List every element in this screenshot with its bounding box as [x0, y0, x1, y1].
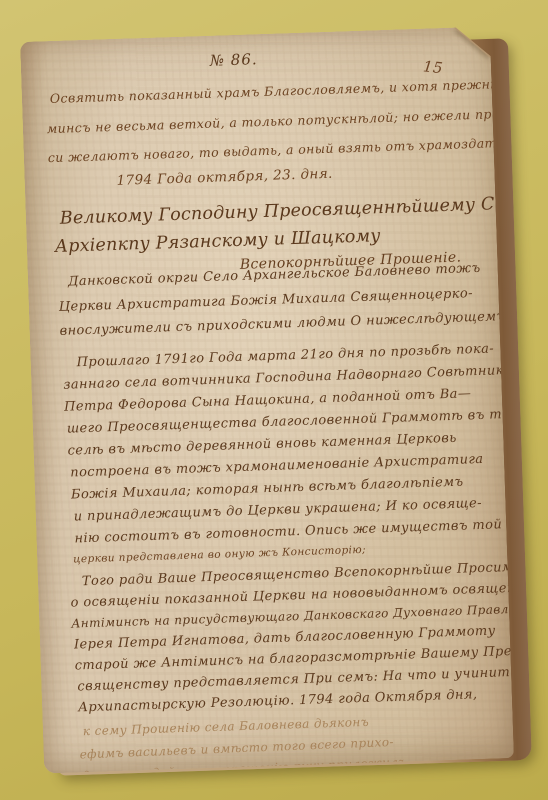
resolution-line: Освятить показанный храмъ Благословляемъ… [50, 74, 548, 106]
resolution-line: минсъ не весьма ветхой, а только потускн… [47, 104, 548, 136]
petitioners-line: внослужители съ приходскими людми О ниже… [59, 309, 510, 339]
resolution-line: си желаютъ новаго, то выдать, а оный взя… [48, 134, 527, 165]
resolution-date: 1794 Года октября, 23. дня. [116, 166, 333, 189]
body-small-line: церкви представлена во оную жъ Консистор… [73, 544, 366, 566]
petitioners-line: Церкви Архистратига Божiя Михаила Священ… [59, 286, 474, 315]
address-line: Великому Господину Преосвященнѣйшему Сим… [60, 192, 548, 228]
address-line: Архiепкпу Рязанскому и Шацкому [54, 226, 380, 257]
manuscript-page: № 86. 15 Освятить показанный храмъ Благо… [20, 26, 514, 773]
folio-number: 15 [422, 57, 444, 77]
signature-line: к сему Прошенiю села Баловнева дьяконъ [83, 715, 370, 738]
photo-of-manuscript: № 86. 15 Освятить показанный храмъ Благо… [0, 0, 548, 800]
document-number: № 86. [21, 44, 447, 76]
